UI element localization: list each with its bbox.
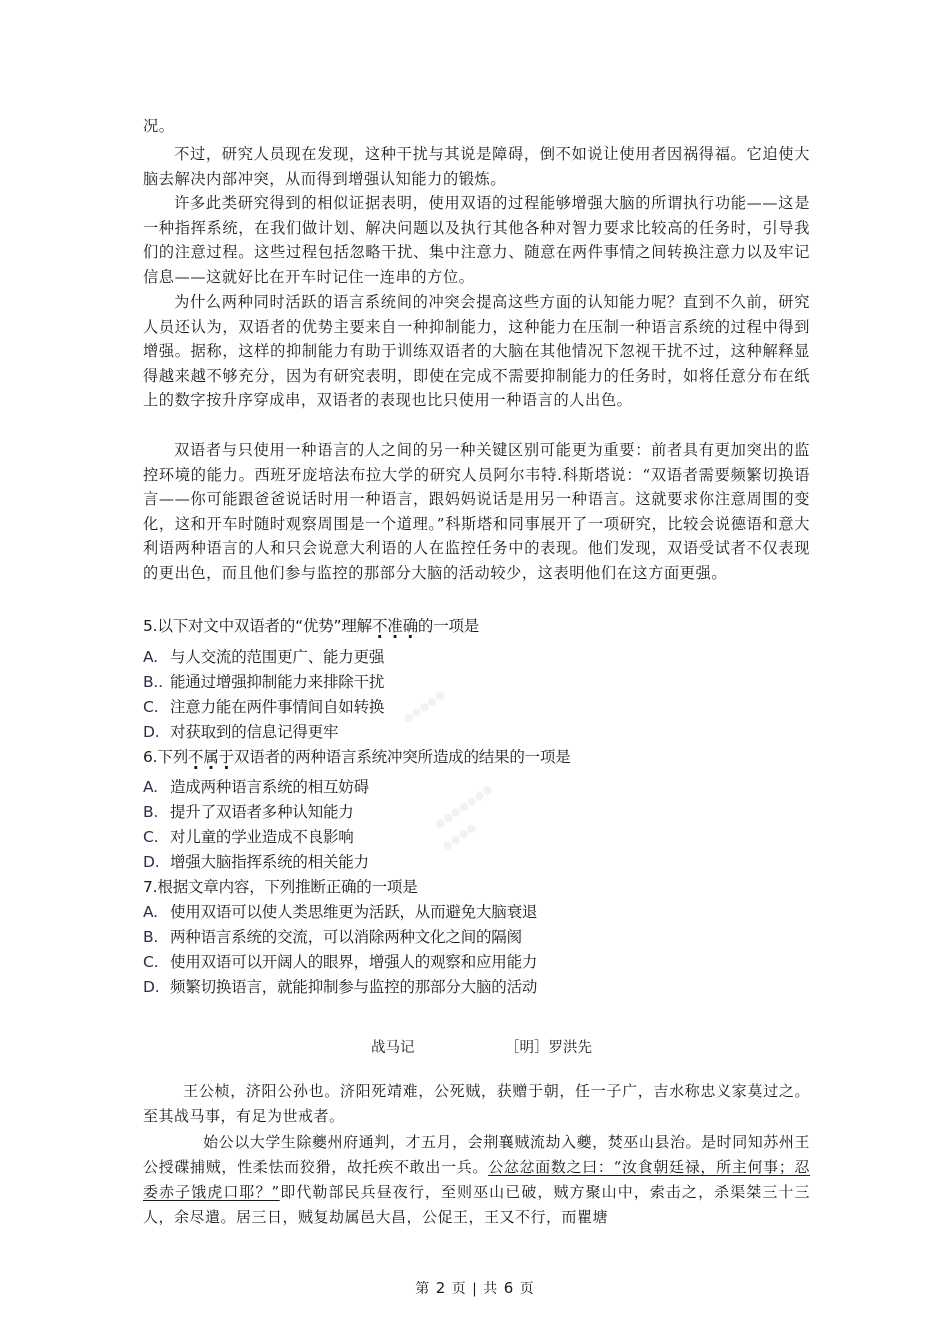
classical-text-title: 战马记: [371, 1036, 415, 1057]
paragraph-text: 况。: [143, 117, 175, 135]
watermark: ●●●●●: [401, 687, 448, 725]
question-5-option-b: B..能通过增强抑制能力来排除干扰: [143, 670, 384, 692]
option-text: 频繁切换语言，就能抑制参与监控的那部分大脑的活动: [170, 978, 537, 996]
emphasis-char: 准: [387, 617, 402, 635]
watermark: ●●●●●●●: [432, 782, 494, 831]
question-stem-text: 根据文章内容，下列推断正确的一项是: [157, 878, 417, 896]
passage-paragraph-3: 为什么两种同时活跃的语言系统间的冲突会提高这些方面的认知能力呢？直到不久前，研究…: [143, 290, 810, 413]
option-text: 对获取到的信息记得更牢: [170, 723, 338, 741]
paragraph-text: 为什么两种同时活跃的语言系统间的冲突会提高这些方面的认知能力呢？直到不久前，研究…: [143, 293, 810, 409]
option-letter: C.: [143, 698, 170, 716]
option-text: 与人交流的范围更广、能力更强: [170, 648, 384, 666]
question-stem-text: 的一项是: [418, 617, 479, 635]
option-text: 两种语言系统的交流，可以消除两种文化之间的隔阂: [170, 928, 522, 946]
paragraph-text: 许多此类研究得到的相似证据表明，使用双语的过程能够增强大脑的所谓执行功能——这是…: [143, 194, 810, 286]
option-letter: B..: [143, 673, 170, 691]
emphasis-char: 不: [188, 748, 203, 766]
question-stem-text: 下列: [157, 748, 188, 766]
question-6-option-d: D.增强大脑指挥系统的相关能力: [143, 850, 369, 872]
emphasis-char: 于: [219, 748, 234, 766]
question-6-option-a: A.造成两种语言系统的相互妨碍: [143, 775, 369, 797]
emphasis-char: 属: [203, 748, 218, 766]
question-7-option-c: C.使用双语可以开阔人的眼界，增强人的观察和应用能力: [143, 950, 537, 972]
paragraph-text: 王公桢，济阳公孙也。济阳死靖难，公死贼，获赠于朝，任一子广，吉水称忠义家莫过之。…: [143, 1082, 810, 1125]
option-letter: D.: [143, 853, 170, 871]
question-stem-text: 双语者的两种语言系统冲突所造成的结果的一项是: [234, 748, 571, 766]
question-number: 5.: [143, 617, 157, 635]
option-text: 提升了双语者多种认知能力: [170, 803, 354, 821]
option-letter: A.: [143, 903, 170, 921]
question-number: 6.: [143, 748, 157, 766]
option-text: 增强大脑指挥系统的相关能力: [170, 853, 369, 871]
classical-paragraph-1: 王公桢，济阳公孙也。济阳死靖难，公死贼，获赠于朝，任一子广，吉水称忠义家莫过之。…: [143, 1079, 810, 1129]
option-text: 能通过增强抑制能力来排除干扰: [170, 673, 384, 691]
emphasis-char: 不: [372, 617, 387, 635]
question-5-option-d: D.对获取到的信息记得更牢: [143, 720, 338, 742]
footer-suffix: 页: [520, 1281, 535, 1297]
passage-paragraph-2: 许多此类研究得到的相似证据表明，使用双语的过程能够增强大脑的所谓执行功能——这是…: [143, 191, 810, 289]
option-letter: D.: [143, 723, 170, 741]
option-letter: C.: [143, 953, 170, 971]
footer-middle: 页 | 共: [452, 1281, 499, 1297]
question-number: 7.: [143, 878, 157, 896]
total-pages-number: 6: [504, 1279, 515, 1297]
option-letter: A.: [143, 778, 170, 796]
passage-paragraph-1: 不过，研究人员现在发现，这种干扰与其说是障碍，倒不如说让使用者因祸得福。它迫使大…: [143, 142, 810, 191]
option-text: 对儿童的学业造成不良影响: [170, 828, 354, 846]
option-letter: D.: [143, 978, 170, 996]
passage-paragraph-4: 双语者与只使用一种语言的人之间的另一种关键区别可能更为重要：前者具有更加突出的监…: [143, 438, 810, 586]
paragraph-text: 双语者与只使用一种语言的人之间的另一种关键区别可能更为重要：前者具有更加突出的监…: [143, 441, 810, 582]
option-text: 注意力能在两件事情间自如转换: [170, 698, 384, 716]
footer-prefix: 第: [415, 1281, 430, 1297]
current-page-number: 2: [436, 1279, 447, 1297]
option-letter: B.: [143, 803, 170, 821]
classical-text-author: ［明］罗洪先: [505, 1036, 592, 1057]
option-letter: A.: [143, 648, 170, 666]
option-text: 使用双语可以开阔人的眼界，增强人的观察和应用能力: [170, 953, 537, 971]
option-text: 使用双语可以使人类思维更为活跃，从而避免大脑衰退: [170, 903, 537, 921]
passage-paragraph-0: 况。: [143, 114, 810, 139]
question-7-option-b: B.两种语言系统的交流，可以消除两种文化之间的隔阂: [143, 925, 522, 947]
question-5-option-c: C.注意力能在两件事情间自如转换: [143, 695, 384, 717]
question-6-option-c: C.对儿童的学业造成不良影响: [143, 825, 354, 847]
paragraph-text: 不过，研究人员现在发现，这种干扰与其说是障碍，倒不如说让使用者因祸得福。它迫使大…: [143, 145, 810, 188]
question-5-stem: 5.以下对文中双语者的“优势”理解不准确的一项是: [143, 614, 479, 636]
emphasis-char: 确: [403, 617, 418, 635]
document-page: 况。 不过，研究人员现在发现，这种干扰与其说是障碍，倒不如说让使用者因祸得福。它…: [0, 0, 950, 1344]
question-7-stem: 7.根据文章内容，下列推断正确的一项是: [143, 875, 418, 897]
question-7-option-d: D.频繁切换语言，就能抑制参与监控的那部分大脑的活动: [143, 975, 537, 997]
question-stem-text: 以下对文中双语者的“优势”理解: [157, 617, 372, 635]
page-footer: 第 2 页 | 共 6 页: [0, 1278, 950, 1298]
option-letter: C.: [143, 828, 170, 846]
option-text: 造成两种语言系统的相互妨碍: [170, 778, 369, 796]
classical-paragraph-2: 始公以大学生除夔州府通判，才五月，会荆襄贼流劫入夔，焚巫山县治。是时同知苏州王公…: [143, 1130, 810, 1230]
option-letter: B.: [143, 928, 170, 946]
question-6-stem: 6.下列不属于双语者的两种语言系统冲突所造成的结果的一项是: [143, 745, 571, 767]
question-6-option-b: B.提升了双语者多种认知能力: [143, 800, 354, 822]
question-7-option-a: A.使用双语可以使人类思维更为活跃，从而避免大脑衰退: [143, 900, 537, 922]
question-5-option-a: A.与人交流的范围更广、能力更强: [143, 645, 384, 667]
